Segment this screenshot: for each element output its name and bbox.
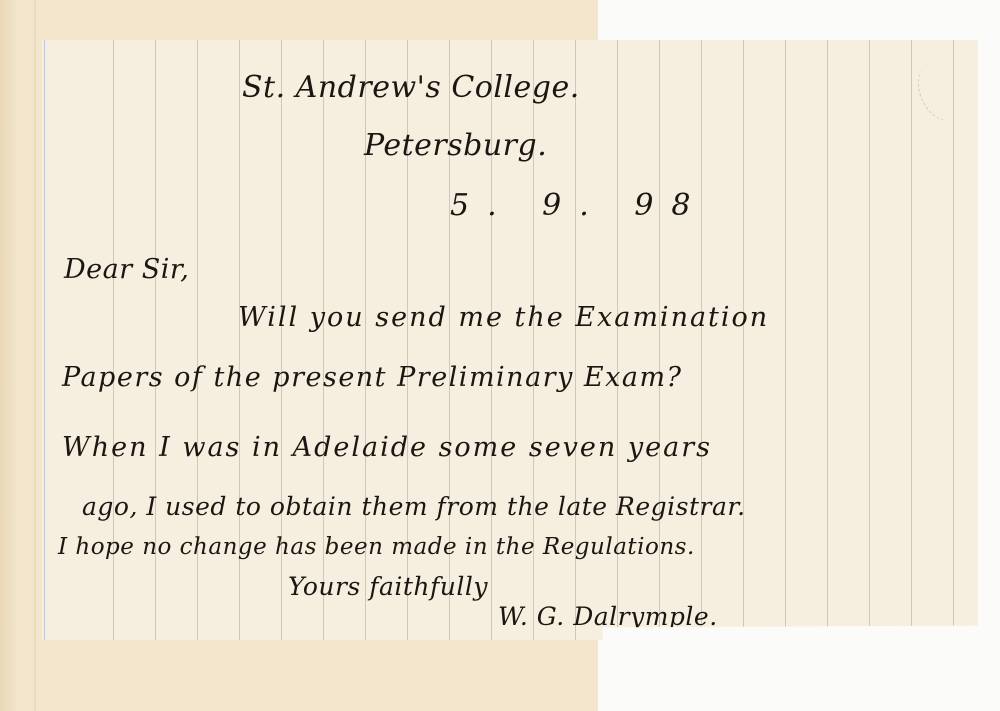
ruled-line: [785, 40, 786, 640]
letter-date: 5. 9. 98: [450, 188, 709, 223]
ruled-line: [701, 40, 702, 640]
ruled-line: [911, 40, 912, 640]
letter-sheet: St. Andrew's College. Petersburg. 5. 9. …: [42, 40, 978, 640]
body-line: When I was in Adelaide some seven years: [62, 432, 712, 463]
body-line: Will you send me the Examination: [238, 302, 769, 333]
ruled-line: [827, 40, 828, 640]
closing: Yours faithfully: [288, 572, 488, 601]
salutation: Dear Sir,: [64, 254, 189, 285]
body-line: ago, I used to obtain them from the late…: [82, 492, 746, 521]
ruled-line: [953, 40, 954, 640]
backing-sheet-edge: [0, 0, 16, 711]
ruled-line: [869, 40, 870, 640]
ruled-line: [44, 40, 45, 640]
body-line: I hope no change has been made in the Re…: [58, 534, 695, 560]
letterhead-institution: St. Andrew's College.: [242, 70, 580, 105]
backing-sheet-fold: [34, 0, 36, 711]
signature: W. G. Dalrymple.: [498, 602, 718, 631]
ink-blot-mark: [909, 56, 972, 128]
ruled-line: [743, 40, 744, 640]
letterhead-place: Petersburg.: [364, 128, 547, 163]
body-line: Papers of the present Preliminary Exam?: [62, 362, 683, 393]
